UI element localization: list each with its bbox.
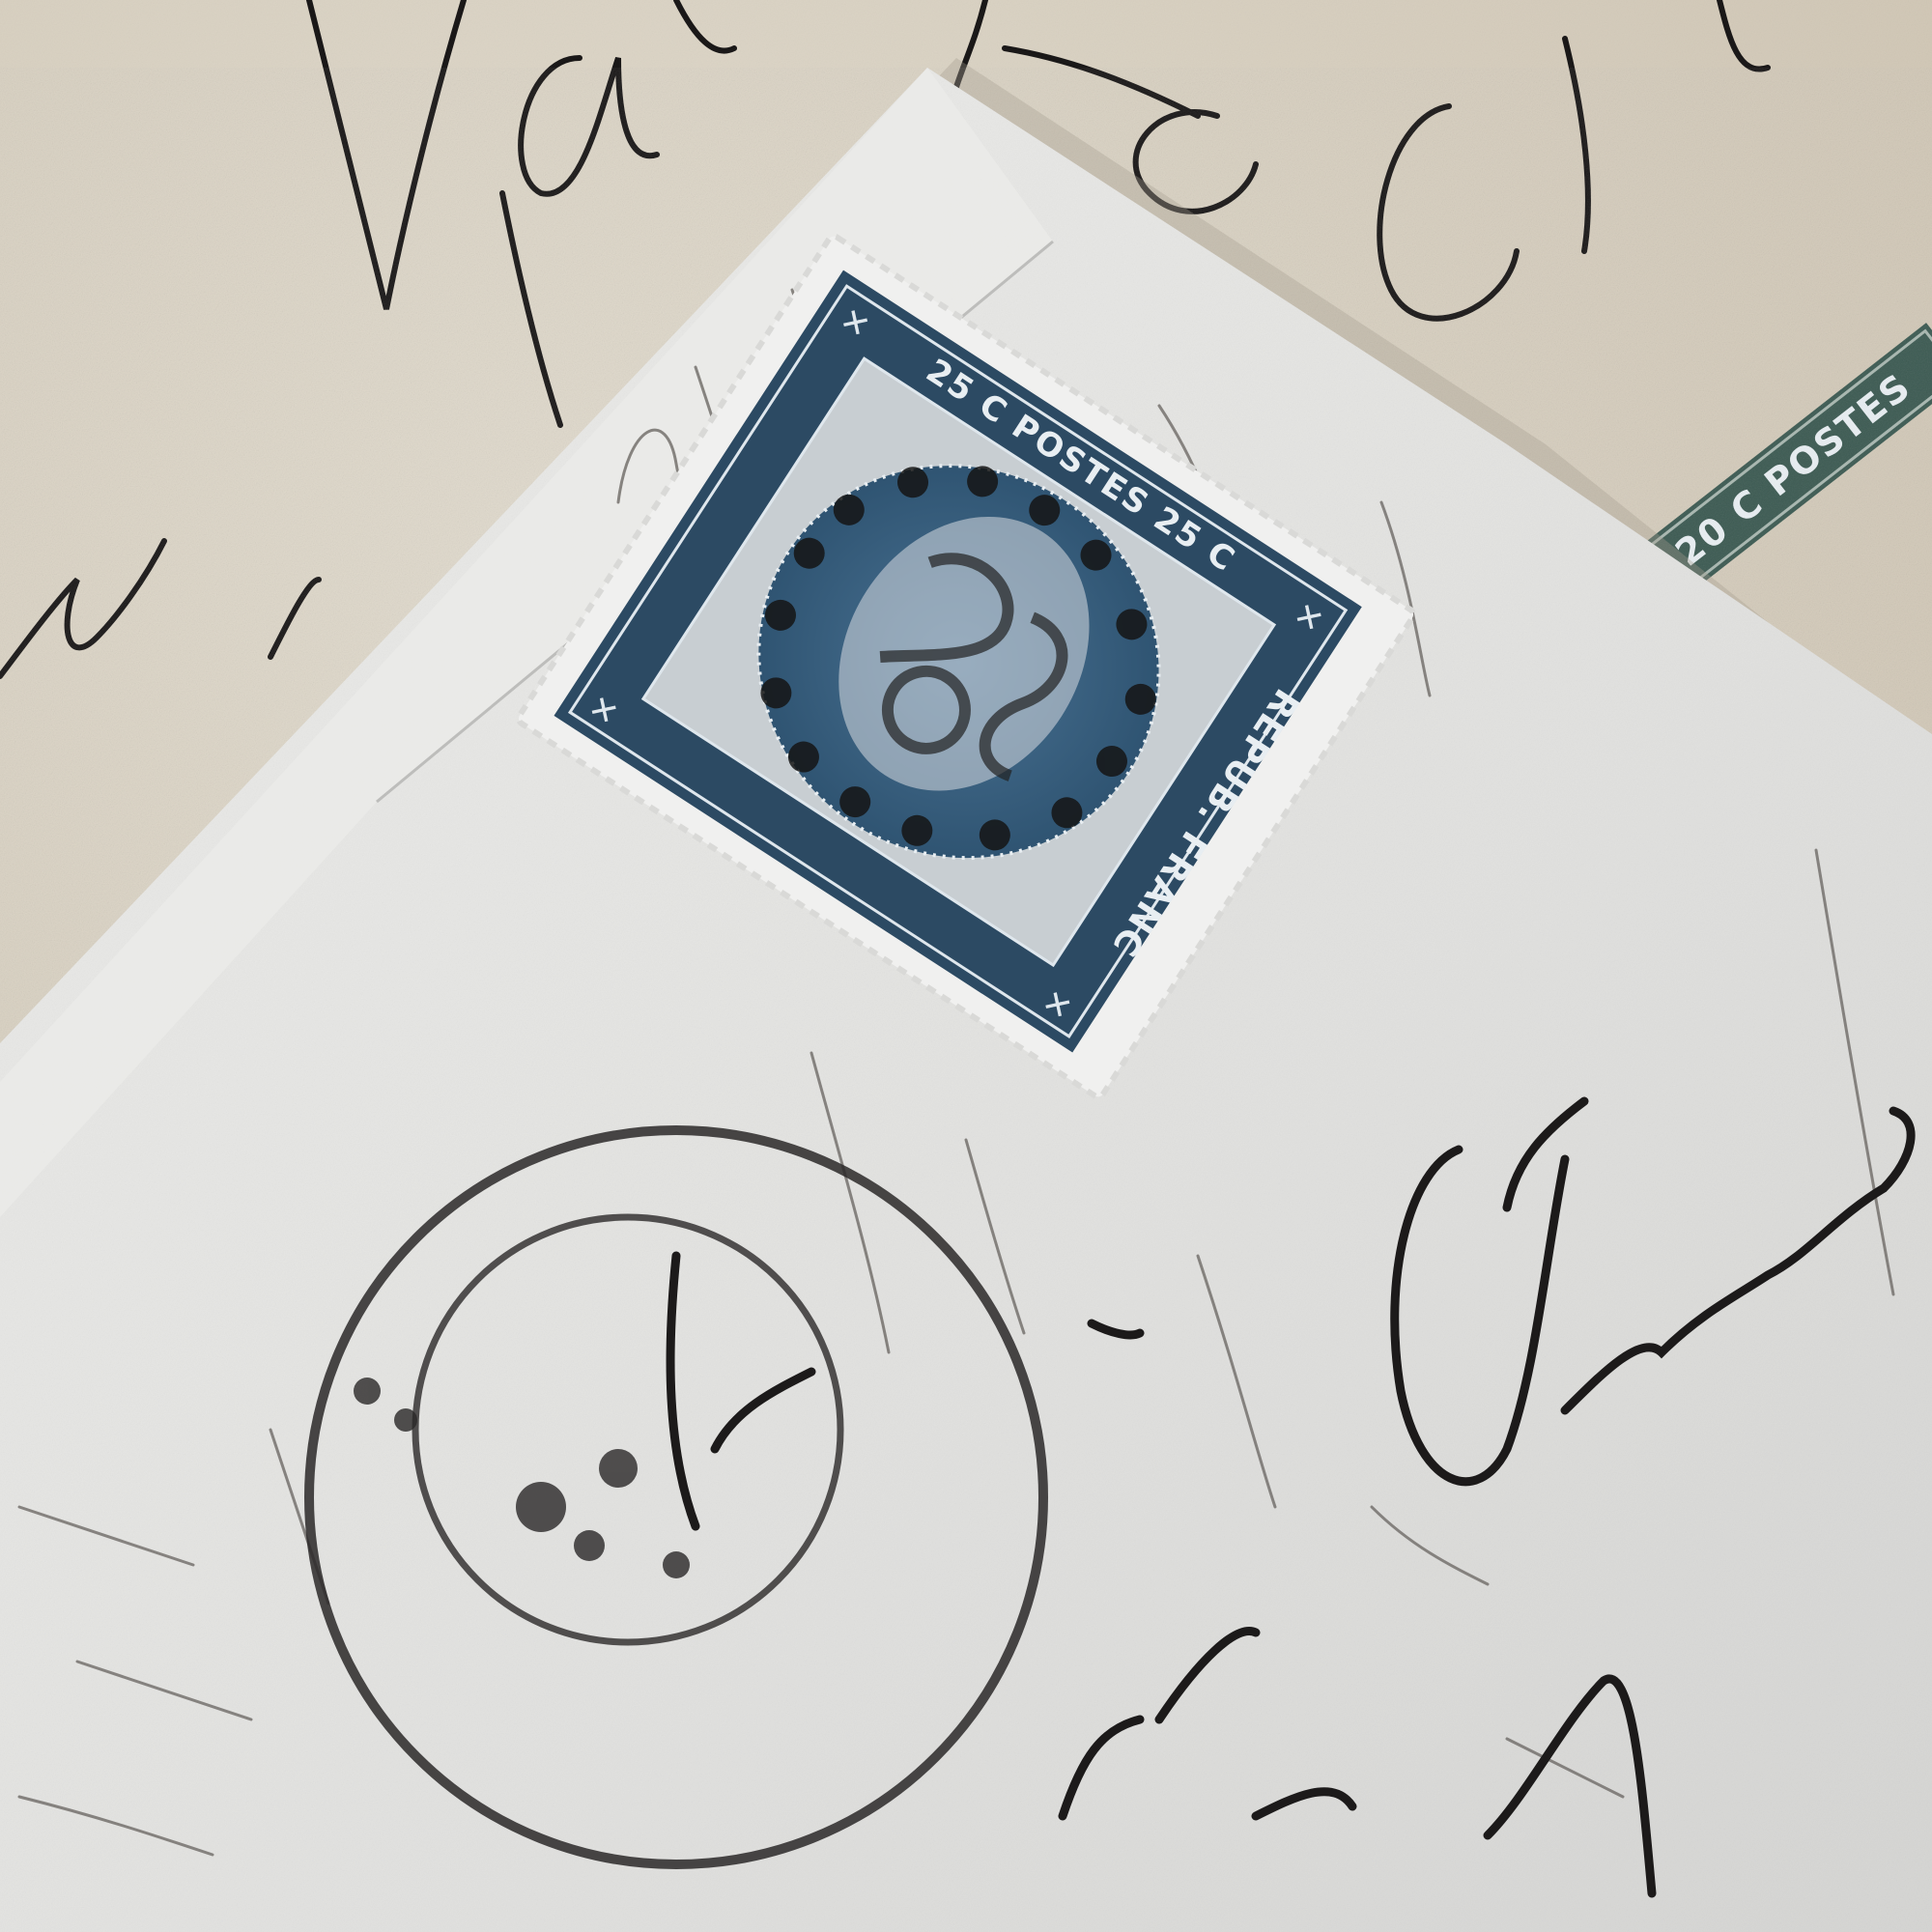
envelope-photo: 20 C POSTES	[0, 0, 1932, 1932]
photo-scene: 20 C POSTES	[0, 0, 1932, 1932]
